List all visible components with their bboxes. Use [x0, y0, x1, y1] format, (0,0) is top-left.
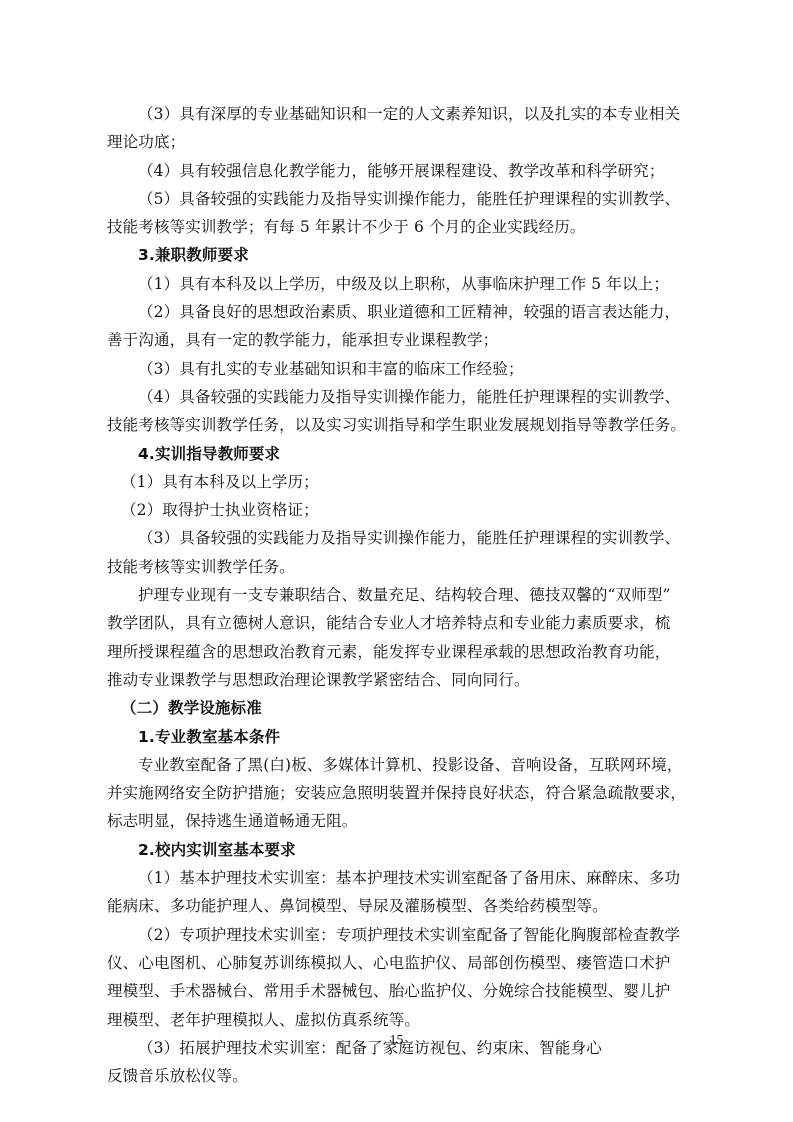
paragraph-line: 仪、心电图机、心肺复苏训练模拟人、心电监护仪、局部创伤模型、瘘管造口术护 [107, 949, 689, 977]
paragraph-line: 推动专业课教学与思想政治理论课教学紧密结合、同向同行。 [107, 666, 689, 694]
paragraph-line: 并实施网络安全防护措施；安装应急照明装置并保持良好状态，符合紧急疏散要求， [107, 779, 689, 807]
paragraph-line: （2）具备良好的思想政治素质、职业道德和工匠精神，较强的语言表达能力， [107, 298, 689, 326]
paragraph-line: 技能考核等实训教学任务。 [107, 553, 689, 581]
paragraph-line: （3）具备较强的实践能力及指导实训操作能力，能胜任护理课程的实训教学、 [107, 524, 689, 552]
paragraph-line: 护理专业现有一支专兼职结合、数量充足、结构较合理、德技双馨的“双师型” [107, 581, 689, 609]
paragraph-line: 技能考核等实训教学任务，以及实习实训指导和学生职业发展规划指导等教学任务。 [107, 411, 689, 439]
paragraph-line: （3）具有深厚的专业基础知识和一定的人文素养知识，以及扎实的本专业相关 [107, 100, 689, 128]
paragraph-line: （5）具备较强的实践能力及指导实训操作能力，能胜任护理课程的实训教学、 [107, 185, 689, 213]
document-body: （3）具有深厚的专业基础知识和一定的人文素养知识，以及扎实的本专业相关 理论功底… [107, 100, 689, 1090]
subheading-part-time-teachers: 3.兼职教师要求 [107, 241, 689, 269]
paragraph-line: 教学团队，具有立德树人意识，能结合专业人才培养特点和专业能力素质要求，梳 [107, 609, 689, 637]
paragraph-line: 善于沟通，具有一定的教学能力，能承担专业课程教学； [107, 326, 689, 354]
paragraph-line: （2）专项护理技术实训室：专项护理技术实训室配备了智能化胸腹部检查教学 [107, 921, 689, 949]
subheading-classroom-conditions: 1.专业教室基本条件 [107, 723, 689, 751]
paragraph-line: 理论功底； [107, 128, 689, 156]
paragraph-line: （4）具有较强信息化教学能力，能够开展课程建设、教学改革和科学研究； [107, 157, 689, 185]
paragraph-line: 理模型、老年护理模拟人、虚拟仿真系统等。 [107, 1006, 689, 1034]
paragraph-line: （4）具备较强的实践能力及指导实训操作能力，能胜任护理课程的实训教学、 [107, 383, 689, 411]
paragraph-line: （1）具有本科及以上学历，中级及以上职称，从事临床护理工作 5 年以上； [107, 270, 689, 298]
paragraph-line: 标志明显，保持逃生通道畅通无阻。 [107, 807, 689, 835]
subheading-training-instructors: 4.实训指导教师要求 [107, 440, 689, 468]
paragraph-line: （2）取得护士执业资格证； [107, 496, 689, 524]
paragraph-line: 能病床、多功能护理人、鼻饲模型、导尿及灌肠模型、各类给药模型等。 [107, 892, 689, 920]
paragraph-line: 反馈音乐放松仪等。 [107, 1062, 689, 1090]
paragraph-line: （3）具有扎实的专业基础知识和丰富的临床工作经验； [107, 355, 689, 383]
paragraph-line: 理模型、手术器械台、常用手术器械包、胎心监护仪、分娩综合技能模型、婴儿护 [107, 977, 689, 1005]
paragraph-line: 技能考核等实训教学；有每 5 年累计不少于 6 个月的企业实践经历。 [107, 213, 689, 241]
page-number: 15 [0, 1033, 793, 1049]
section-heading-teaching-facilities: （二）教学设施标准 [107, 694, 689, 722]
paragraph-line: 理所授课程蕴含的思想政治教育元素，能发挥专业课程承载的思想政治教育功能， [107, 638, 689, 666]
paragraph-line: （1）基本护理技术实训室：基本护理技术实训室配备了备用床、麻醉床、多功 [107, 864, 689, 892]
subheading-training-rooms: 2.校内实训室基本要求 [107, 836, 689, 864]
paragraph-line: （1）具有本科及以上学历； [107, 468, 689, 496]
paragraph-line: 专业教室配备了黑(白)板、多媒体计算机、投影设备、音响设备，互联网环境， [107, 751, 689, 779]
